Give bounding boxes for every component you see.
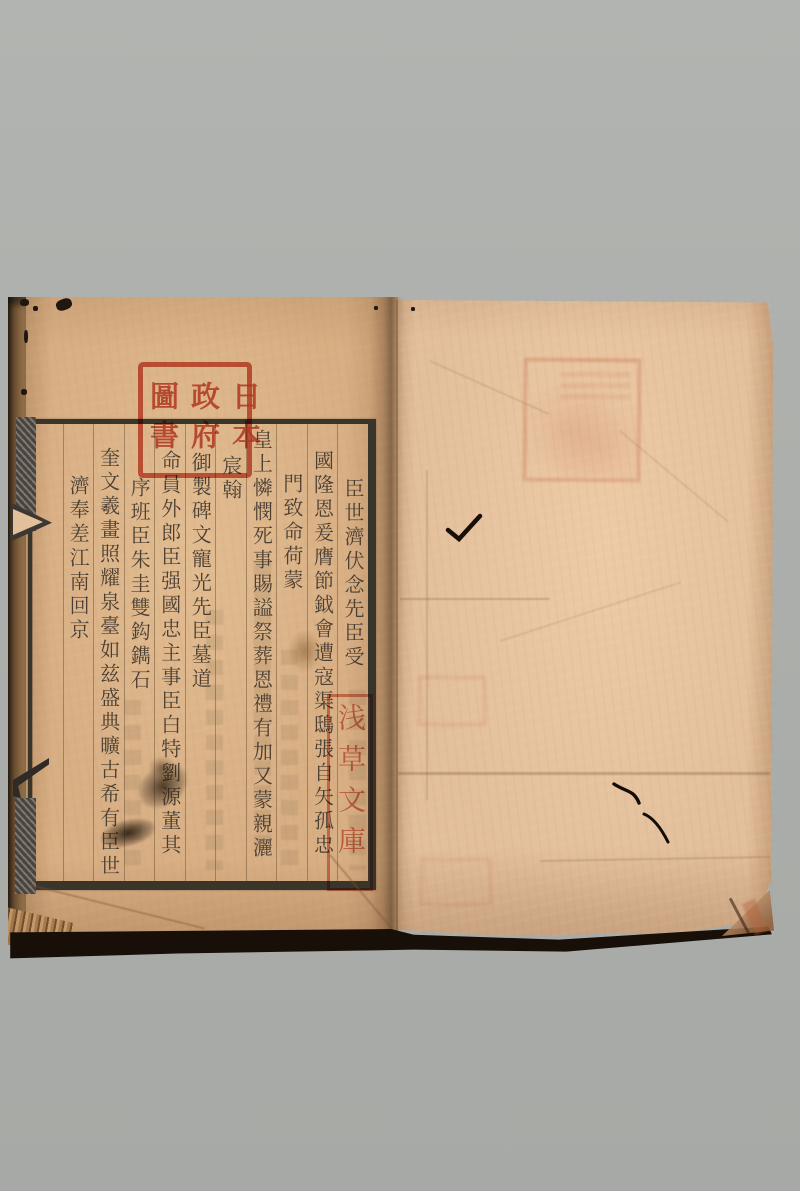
text-column-8: 序班臣朱圭雙鈎鐫石 [124,424,155,881]
seal-showthrough-small [420,858,492,906]
right-page-left-edge [396,300,398,934]
text-column-7: 命員外郎臣强國忠主事臣白特劉源董其事 [154,424,185,881]
text-column-9: 奎文羲畫照耀泉臺如兹盛典曠古希有臣世 [93,424,124,881]
seal-column-right: 日本 [225,381,266,459]
photograph-of-old-chinese-book: { "left_page": { "columns": [ {"text": "… [0,0,800,1191]
printed-text-frame: 臣世濟伏念先臣受 國隆恩爰膺節鉞會遭寇渠鴟張自矢孤忠闔 門致命荷蒙 皇上憐憫死事… [28,419,376,890]
ink-speck [20,299,29,306]
crease-line [426,470,428,800]
text-column-4: 皇上憐憫死事賜謚祭葬恩禮有加又蒙親灑 [246,424,277,881]
seal-column-middle: 政府 [184,381,225,459]
seal-showthrough-small [418,676,486,726]
ink-speck [33,306,38,311]
text-column-empty [32,424,63,881]
ink-speck [24,330,28,343]
paper-stain [288,630,322,672]
ink-checkmark [444,510,484,550]
text-column-5: 宸翰 [215,424,246,881]
crease-line [398,772,770,775]
seal-text: 浅草文庫 [330,697,370,888]
crease-line [400,598,550,600]
japanese-government-library-seal: 日本 政府 圖書 [138,362,252,478]
text-column-6: 御製碑文寵光先臣墓道 [185,424,216,881]
ink-smudge [148,756,176,778]
hair-fibre [608,776,678,848]
underpage-edge-bottom [15,798,36,894]
ink-speck [21,389,27,395]
seal-showthrough-streaks [560,372,630,402]
text-column-10: 濟奉差江南回京 [63,424,94,881]
ink-dot [374,306,378,310]
seal-column-left: 圖書 [143,381,184,459]
ink-dot [411,307,415,311]
